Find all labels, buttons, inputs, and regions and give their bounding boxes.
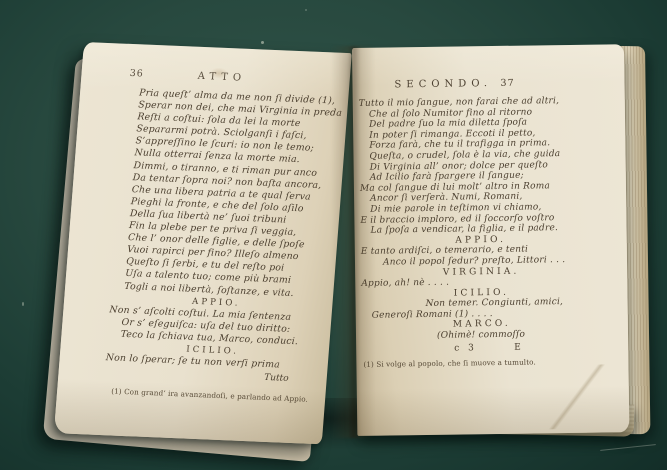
page-number: 37	[500, 78, 514, 89]
dust-speck	[22, 302, 24, 306]
catchword: Tutto	[264, 373, 289, 384]
page-number: 36	[129, 68, 144, 80]
footnote: (1) Con grand’ ira avanzandoſi, e parlan…	[103, 386, 316, 404]
catchword: E	[514, 342, 521, 352]
book-photo: 36 ATTO Pria queſt’ alma da me non ſi di…	[0, 0, 667, 470]
running-title: ATTO	[197, 71, 246, 84]
dust-speck	[305, 9, 307, 11]
right-page-verse-block: Tutto il mio ſangue, non farai che ad al…	[359, 96, 602, 343]
right-page: SECONDO. 37 Tutto il mio ſangue, non far…	[352, 44, 629, 436]
footnote: (1) Si volge al popolo, che ſi muove a t…	[362, 356, 602, 368]
right-page-text-column: SECONDO. 37 Tutto il mio ſangue, non far…	[358, 77, 602, 369]
left-page-verse-block: Pria queſt’ alma da me non ſi divide (1)…	[105, 87, 338, 373]
running-title: SECONDO.	[394, 78, 492, 90]
left-page-text-column: 36 ATTO Pria queſt’ alma da me non ſi di…	[103, 68, 340, 404]
signature-mark: c 3	[454, 343, 477, 353]
left-page: 36 ATTO Pria queſt’ alma da me non ſi di…	[54, 42, 352, 444]
verse-line: (Ohimè! commoſſo	[437, 329, 602, 342]
right-page-header: SECONDO. 37	[358, 77, 598, 92]
left-page-header: 36 ATTO	[127, 68, 340, 89]
dust-speck	[261, 41, 264, 44]
signature-row: c 3 E	[362, 341, 602, 355]
